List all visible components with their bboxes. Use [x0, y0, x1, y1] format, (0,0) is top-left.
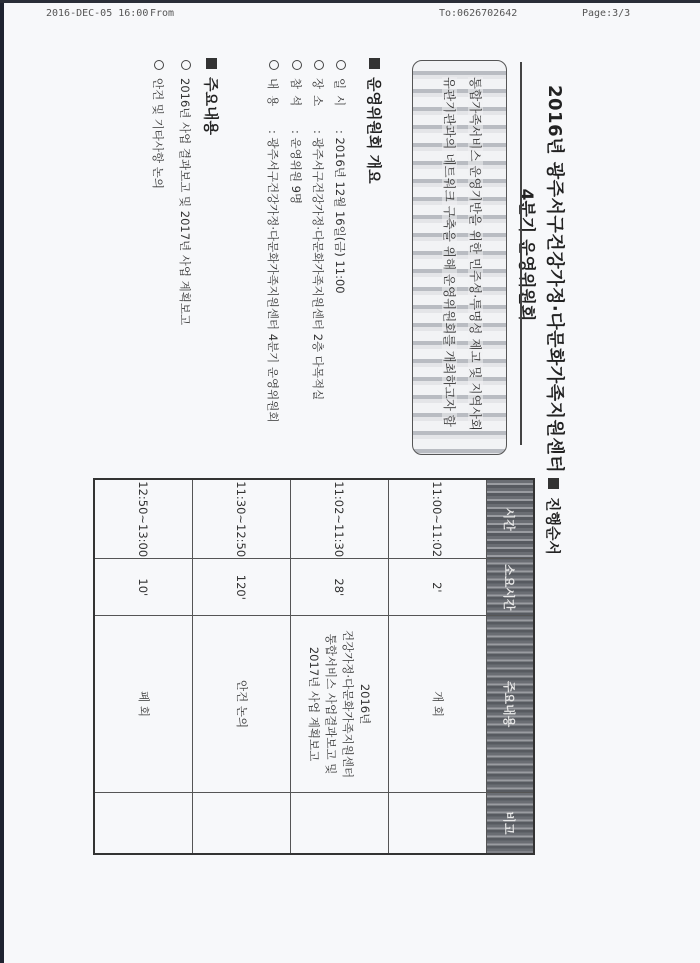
cell-duration: 2' — [389, 559, 487, 616]
column-header-content: 주요내용 — [487, 616, 535, 793]
rotated-document-page: 2016년 광주서구건강가정·다문화가족지원센터 4분기 운영위원회 통합가족서… — [0, 0, 700, 963]
circle-bullet-icon — [269, 60, 279, 70]
table-header-row: 시간 소요시간 주요내용 비고 — [487, 479, 535, 854]
cell-content: 안건 논의 — [193, 616, 291, 793]
circle-bullet-icon — [181, 60, 191, 70]
title-divider — [520, 62, 522, 445]
cell-duration: 28' — [291, 559, 389, 616]
table-row: 11:30~12:50 120' 안건 논의 — [193, 479, 291, 854]
cell-content: 2016년 건강가정·다문화가족지원센터 통합서비스 사업결과보고 및 2017… — [291, 616, 389, 793]
cell-time: 12:50~13:00 — [94, 479, 193, 559]
column-header-note: 비고 — [487, 792, 535, 854]
cell-content: 폐 회 — [94, 616, 193, 793]
order-table: 시간 소요시간 주요내용 비고 11:00~11:02 2' 개 회 11:02… — [93, 478, 535, 855]
overview-item-datetime: 일시: 2016년 12월 16일(금) 11:00 — [332, 60, 348, 294]
square-bullet-icon — [548, 478, 559, 489]
cell-content: 개 회 — [389, 616, 487, 793]
document-title: 2016년 광주서구건강가정·다문화가족지원센터 — [543, 85, 569, 425]
main-content-item: 안건 및 기타사항 논의 — [150, 60, 166, 189]
column-header-time: 시간 — [487, 479, 535, 559]
section-main-content-heading: 주요내용 — [201, 58, 222, 135]
table-row: 11:00~11:02 2' 개 회 — [389, 479, 487, 854]
cell-note — [291, 792, 389, 854]
square-bullet-icon — [369, 58, 380, 69]
cell-duration: 120' — [193, 559, 291, 616]
cell-note — [94, 792, 193, 854]
cell-note — [193, 792, 291, 854]
circle-bullet-icon — [314, 60, 324, 70]
cell-time: 11:02~11:30 — [291, 479, 389, 559]
column-header-duration: 소요시간 — [487, 559, 535, 616]
section-order-heading: 진행순서 — [543, 478, 564, 555]
table-row: 12:50~13:00 10' 폐 회 — [94, 479, 193, 854]
purpose-box: 통합가족서비스 운영기반을 위한 민주성·투명성 제고 및 지역사회 유관기관과… — [412, 60, 507, 455]
overview-item-content: 내용: 광주서구건강가정·다문화가족지원센터 4분기 운영위원회 — [265, 60, 281, 422]
circle-bullet-icon — [154, 60, 164, 70]
cell-time: 11:00~11:02 — [389, 479, 487, 559]
overview-item-attendees: 참석: 운영위원 9명 — [288, 60, 304, 204]
purpose-text: 통합가족서비스 운영기반을 위한 민주성·투명성 제고 및 지역사회 유관기관과… — [442, 77, 483, 431]
main-content-item: 2016년 사업 결과보고 및 2017년 사업 계획보고 — [177, 60, 193, 325]
square-bullet-icon — [206, 58, 217, 69]
circle-bullet-icon — [336, 60, 346, 70]
circle-bullet-icon — [292, 60, 302, 70]
table-row: 11:02~11:30 28' 2016년 건강가정·다문화가족지원센터 통합서… — [291, 479, 389, 854]
cell-duration: 10' — [94, 559, 193, 616]
section-overview-heading: 운영위원회 개요 — [364, 58, 385, 184]
cell-time: 11:30~12:50 — [193, 479, 291, 559]
overview-item-place: 장소: 광주서구건강가정·다문화가족지원센터 2층 다목적실 — [310, 60, 326, 400]
cell-note — [389, 792, 487, 854]
